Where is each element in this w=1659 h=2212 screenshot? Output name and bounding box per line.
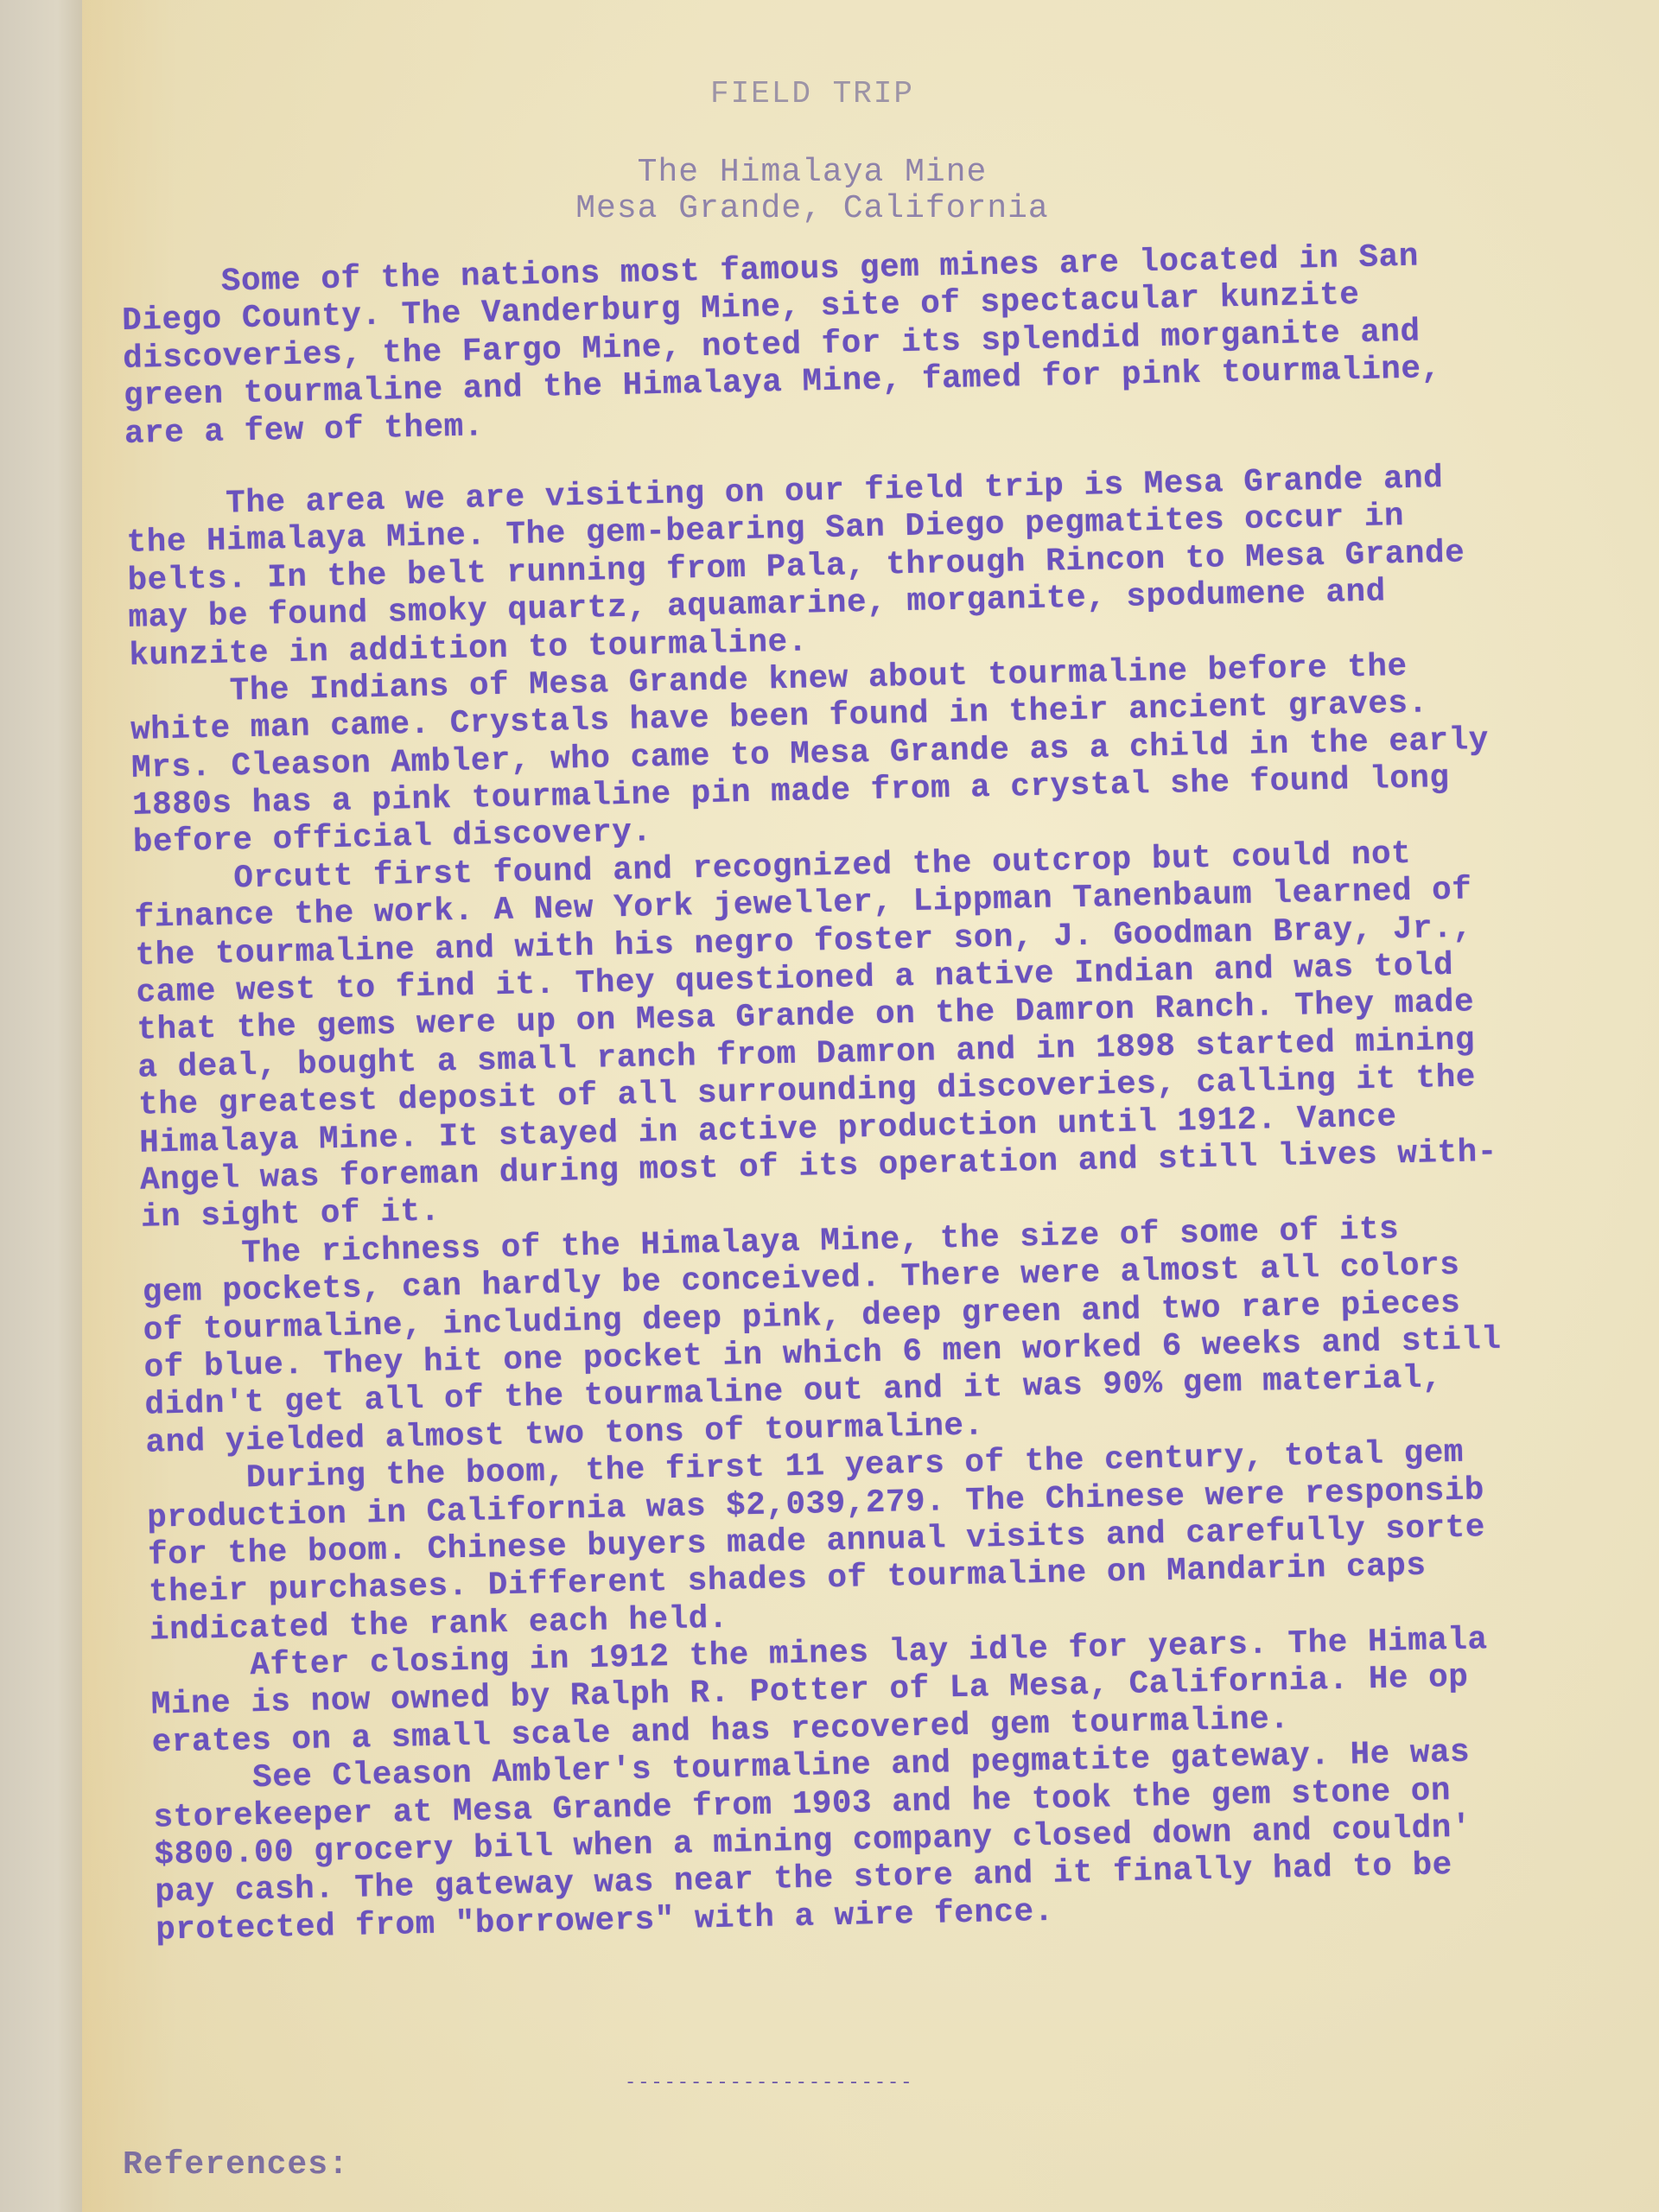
page-heading: FIELD TRIP <box>0 76 1624 111</box>
page-subtitle-mine: The Himalaya Mine <box>0 154 1624 191</box>
page-subtitle-location: Mesa Grande, California <box>0 190 1624 227</box>
section-divider: ---------------------- <box>625 2072 913 2094</box>
references-label: References: <box>123 2146 349 2183</box>
body-text: Some of the nations most famous gem mine… <box>121 234 1659 1950</box>
underlying-page-edge <box>0 0 82 2212</box>
